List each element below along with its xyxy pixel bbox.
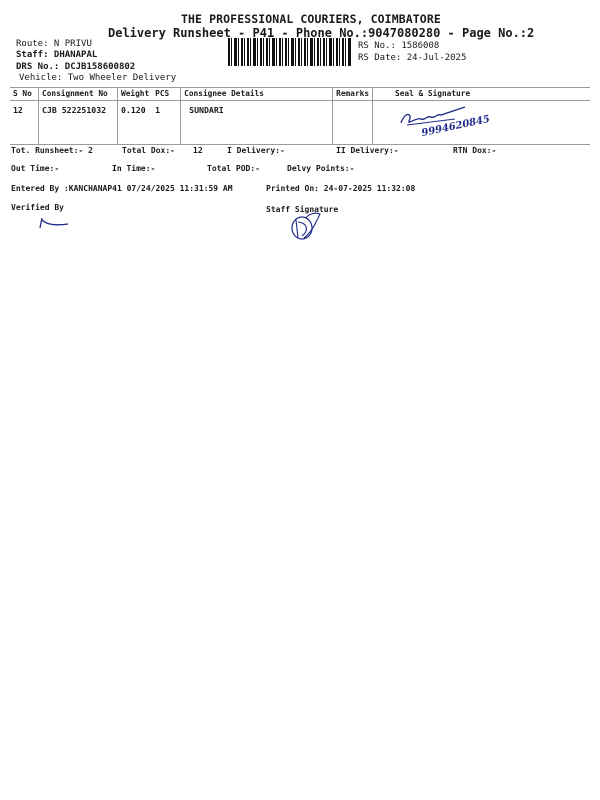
verified-by-label: Verified By [11, 203, 64, 212]
verifier-signature-icon [34, 214, 74, 232]
total-dox-value: 12 [193, 146, 203, 155]
delvy-points: Delvy Points:- [287, 164, 354, 173]
cell-s-no: 12 [10, 101, 39, 145]
barcode-image [228, 38, 352, 66]
company-title: THE PROFESSIONAL COURIERS, COIMBATORE [181, 12, 441, 26]
rtn-dox: RTN Dox:- [453, 146, 496, 155]
table-row: 12 CJB 522251032 0.120 1 SUNDARI 9994620… [10, 101, 590, 145]
cell-consignee: SUNDARI [181, 101, 333, 145]
cell-weight: 0.120 [118, 101, 153, 145]
col-pcs: PCS [152, 88, 181, 101]
cell-pcs: 1 [152, 101, 181, 145]
tot-runsheet: Tot. Runsheet:- 2 [11, 146, 93, 155]
ii-delivery: II Delivery:- [336, 146, 399, 155]
col-remarks: Remarks [333, 88, 373, 101]
table-header-row: S No Consignment No Weight PCS Consignee… [10, 88, 590, 101]
rs-number: RS No.: 1586008 [358, 41, 439, 51]
col-s-no: S No [10, 88, 39, 101]
staff: Staff: DHANAPAL [16, 50, 97, 60]
col-consignment-no: Consignment No [39, 88, 118, 101]
i-delivery: I Delivery:- [227, 146, 285, 155]
route: Route: N PRIVU [16, 39, 92, 49]
col-seal-signature: Seal & Signature [373, 88, 590, 101]
cell-remarks [333, 101, 373, 145]
out-time: Out Time:- [11, 164, 59, 173]
staff-signature-icon [286, 208, 326, 244]
printed-on: Printed On: 24-07-2025 11:32:08 [266, 184, 415, 193]
col-weight: Weight [118, 88, 153, 101]
consignment-table: S No Consignment No Weight PCS Consignee… [10, 87, 590, 145]
rs-date: RS Date: 24-Jul-2025 [358, 53, 466, 63]
drs-number: DRS No.: DCJB158600802 [16, 62, 135, 72]
drs-label: DRS No.: [16, 62, 59, 72]
in-time: In Time:- [112, 164, 155, 173]
vehicle: Vehicle: Two Wheeler Delivery [19, 73, 176, 83]
cell-seal-signature: 9994620845 [373, 101, 590, 145]
col-consignee: Consignee Details [181, 88, 333, 101]
cell-consignment-no: CJB 522251032 [39, 101, 118, 145]
total-pod: Total POD:- [207, 164, 260, 173]
total-dox-label: Total Dox:- [122, 146, 175, 155]
entered-by: Entered By :KANCHANAP41 07/24/2025 11:31… [11, 184, 233, 193]
drs-value: DCJB158600802 [65, 62, 135, 72]
